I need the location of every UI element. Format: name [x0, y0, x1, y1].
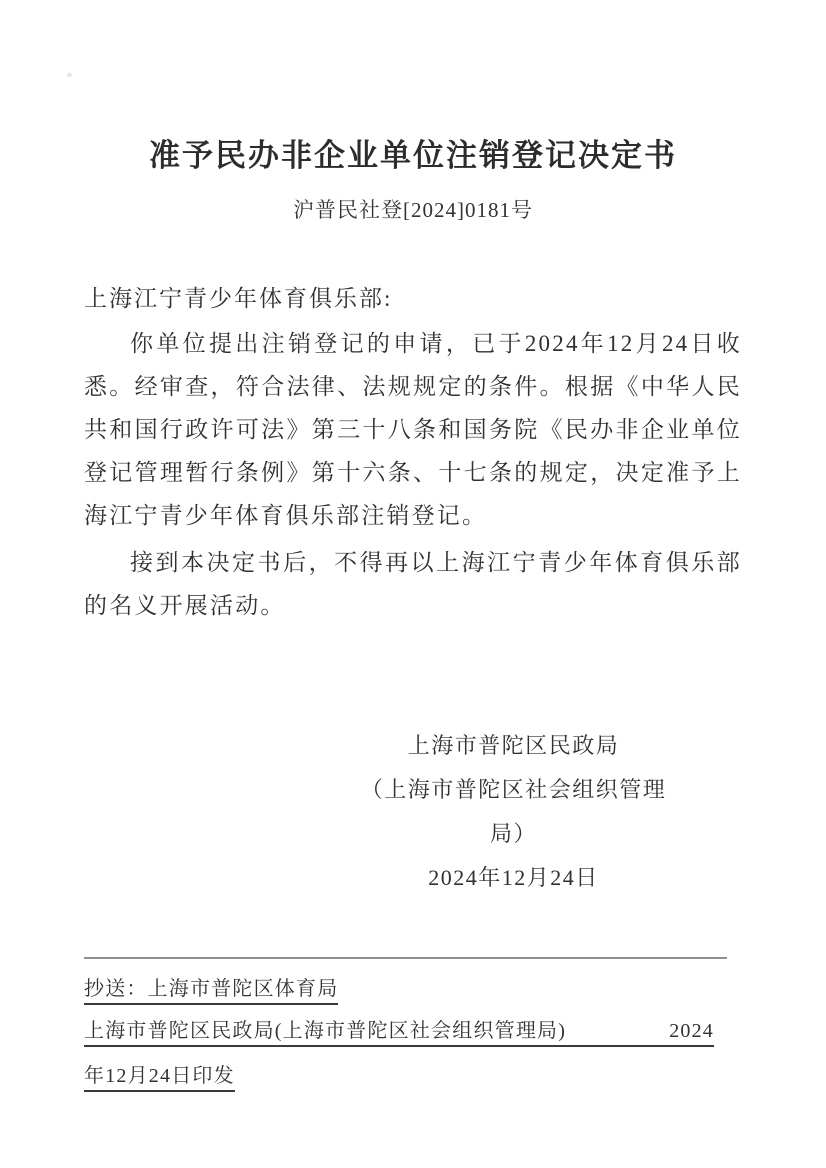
issue-line-year: 2024	[669, 1020, 714, 1043]
decision-date: 2024年12月24日	[347, 856, 680, 900]
body-paragraph-decision: 你单位提出注销登记的申请，已于2024年12月24日收悉。经审查，符合法律、法规…	[84, 322, 742, 537]
document-title: 准予民办非企业单位注销登记决定书	[0, 130, 826, 175]
footer-cc-row: 抄送：上海市普陀区体育局	[84, 972, 338, 1005]
document-body: 你单位提出注销登记的申请，已于2024年12月24日收悉。经审查，符合法律、法规…	[84, 322, 742, 627]
footer-issue-wrap-row: 年12月24日印发	[84, 1059, 235, 1092]
issue-line-date-continued: 年12月24日印发	[84, 1059, 235, 1092]
document-page: 准予民办非企业单位注销登记决定书 沪普民社登[2024]0181号 上海江宁青少…	[0, 0, 826, 1168]
body-paragraph-notice: 接到本决定书后，不得再以上海江宁青少年体育俱乐部的名义开展活动。	[84, 541, 742, 627]
issue-line: 上海市普陀区民政局(上海市普陀区社会组织管理局) 2024	[84, 1014, 714, 1047]
document-number: 沪普民社登[2024]0181号	[0, 194, 826, 224]
footer-issue-row: 上海市普陀区民政局(上海市普陀区社会组织管理局) 2024	[84, 1014, 714, 1047]
signature-block: 上海市普陀区民政局 （上海市普陀区社会组织管理局） 2024年12月24日	[347, 724, 680, 900]
scan-artifact-speck	[67, 73, 72, 77]
addressee-line: 上海江宁青少年体育俱乐部:	[84, 280, 392, 313]
issuer-alternate-name: （上海市普陀区社会组织管理局）	[347, 768, 680, 856]
cc-line: 抄送：上海市普陀区体育局	[84, 972, 338, 1005]
issuer-name: 上海市普陀区民政局	[347, 724, 680, 768]
footer-block: 抄送：上海市普陀区体育局 上海市普陀区民政局(上海市普陀区社会组织管理局) 20…	[84, 957, 727, 1099]
issue-line-issuer: 上海市普陀区民政局(上海市普陀区社会组织管理局)	[84, 1014, 566, 1043]
